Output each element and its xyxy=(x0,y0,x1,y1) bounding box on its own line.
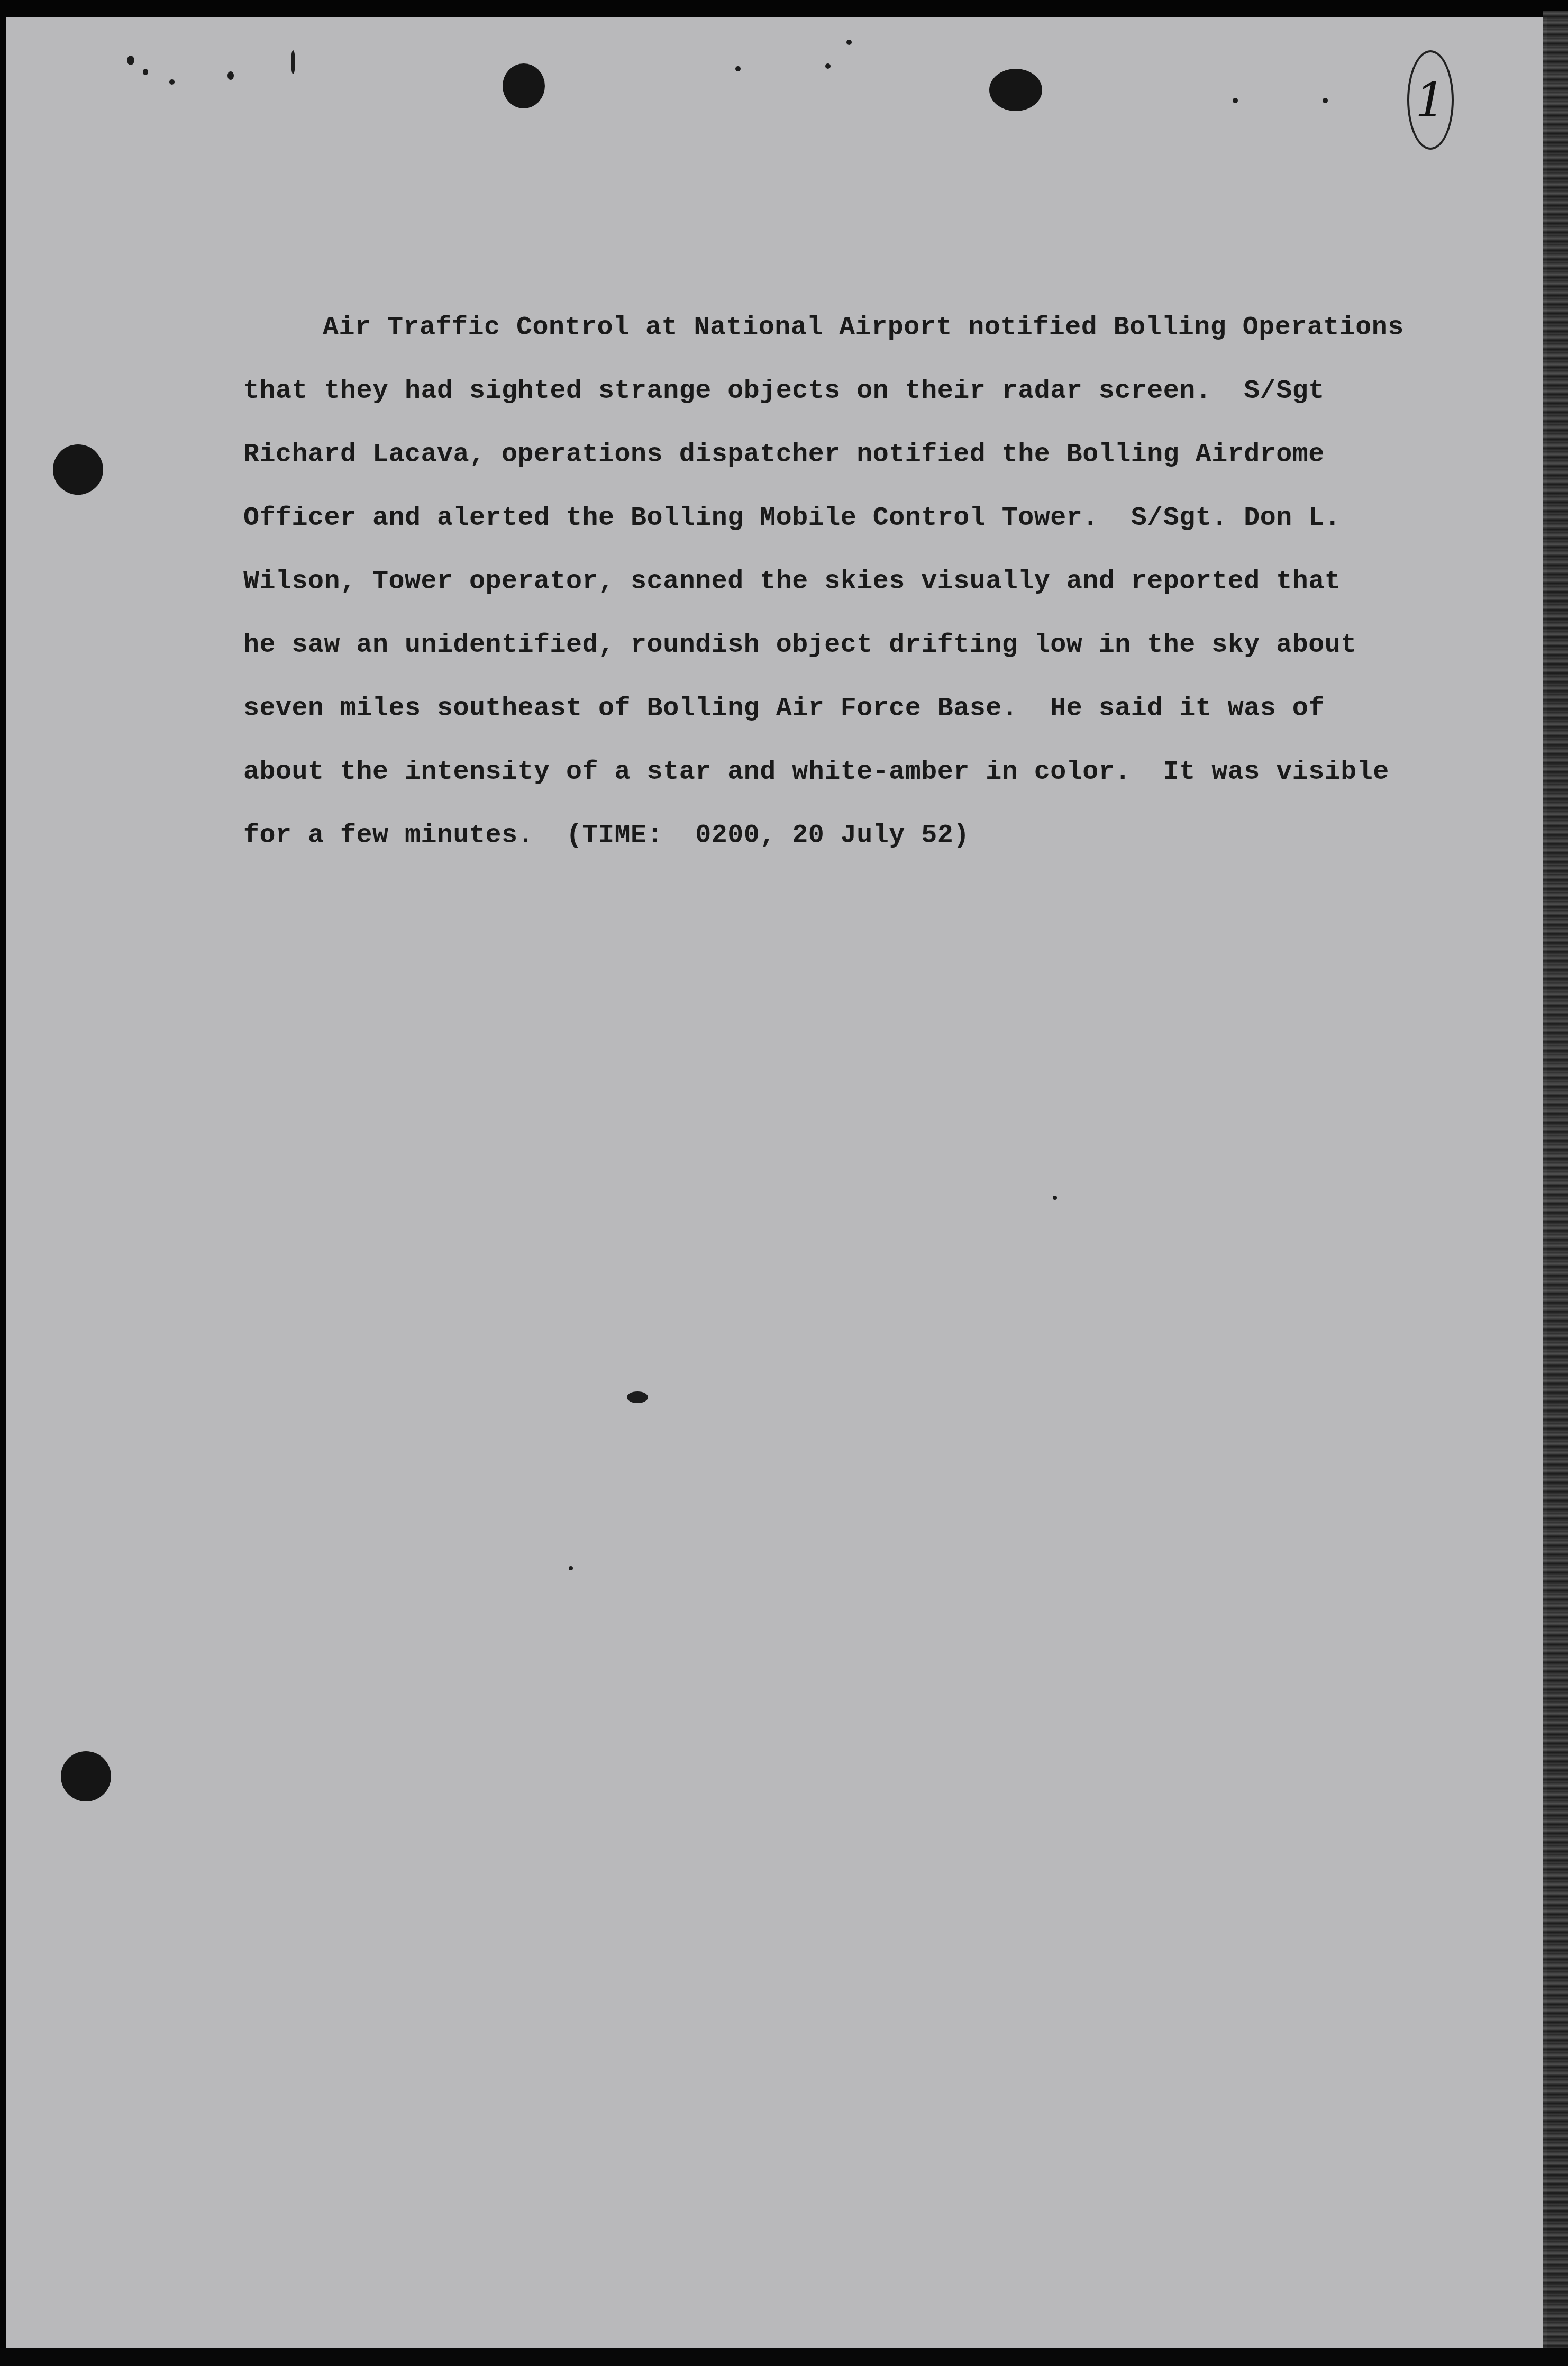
speck xyxy=(1233,98,1238,103)
body-line: for a few minutes. (TIME: 0200, 20 July … xyxy=(243,804,1407,868)
body-line: seven miles southeast of Bolling Air For… xyxy=(243,677,1407,741)
speck xyxy=(127,56,134,65)
punch-hole-left-2 xyxy=(61,1751,111,1801)
speck xyxy=(569,1566,573,1570)
document-body: Air Traffic Control at National Airport … xyxy=(243,296,1407,868)
punch-hole-left-1 xyxy=(53,444,103,495)
body-line: that they had sighted strange objects on… xyxy=(243,360,1407,423)
body-line: Officer and alerted the Bolling Mobile C… xyxy=(243,487,1407,550)
body-line: he saw an unidentified, roundish object … xyxy=(243,614,1407,677)
scan-top-border xyxy=(0,0,1568,17)
body-line: Richard Lacava, operations dispatcher no… xyxy=(243,423,1407,487)
body-line: Wilson, Tower operator, scanned the skie… xyxy=(243,550,1407,614)
speck xyxy=(735,66,741,71)
body-line: Air Traffic Control at National Airport … xyxy=(243,296,1407,360)
punch-hole-top-1 xyxy=(503,63,545,108)
speck xyxy=(291,50,295,74)
speck xyxy=(1323,98,1328,103)
speck xyxy=(169,79,175,85)
speck xyxy=(825,63,831,69)
scan-bottom-border xyxy=(0,2348,1568,2366)
ink-blot xyxy=(627,1391,648,1403)
punch-hole-top-2 xyxy=(989,69,1042,111)
scan-left-border xyxy=(0,0,6,2366)
scan-right-edge xyxy=(1543,11,1568,2366)
speck xyxy=(143,69,148,75)
speck xyxy=(846,40,852,45)
page-number-annotation: 1 xyxy=(1407,50,1454,150)
page-number-text: 1 xyxy=(1415,72,1445,128)
body-line: about the intensity of a star and white-… xyxy=(243,741,1407,804)
speck xyxy=(1053,1196,1057,1200)
speck xyxy=(227,71,234,80)
